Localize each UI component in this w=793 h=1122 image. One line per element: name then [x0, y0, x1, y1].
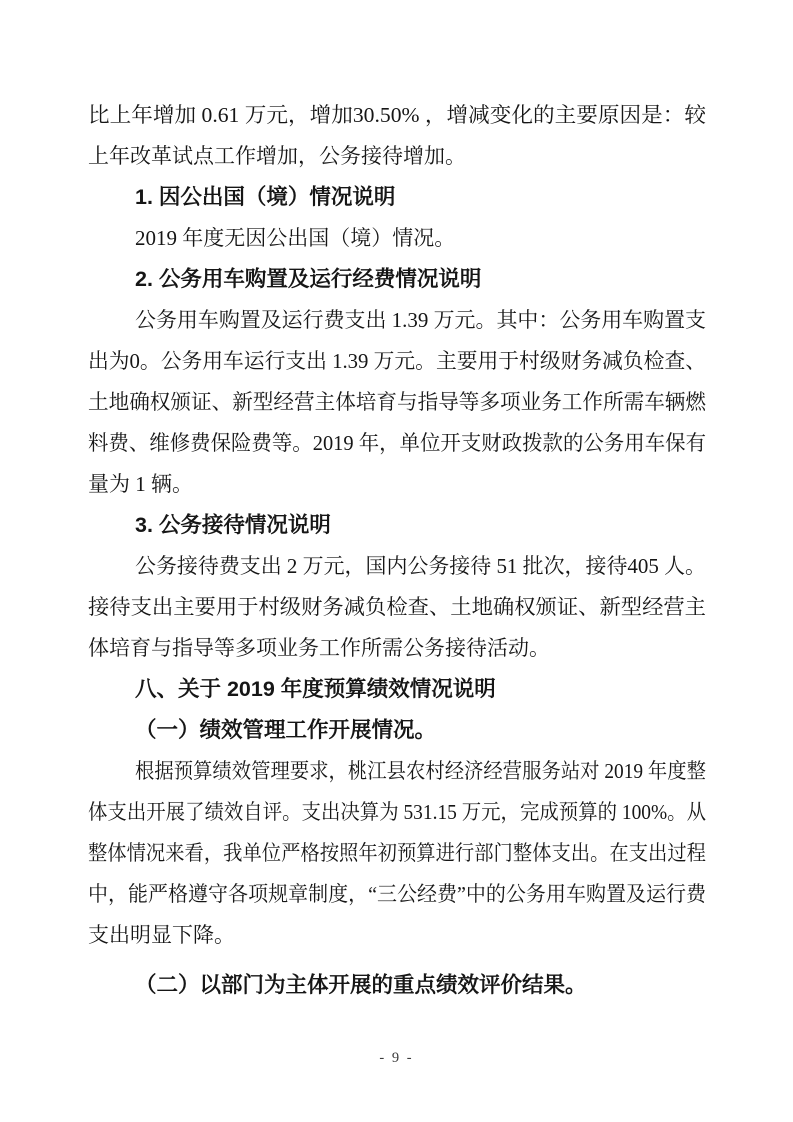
section-heading: （二）以部门为主体开展的重点绩效评价结果。: [88, 965, 706, 1006]
document-page: 比上年增加 0.61 万元，增加30.50% ，增减变化的主要原因是：较上年改革…: [0, 0, 793, 1122]
page-footer: - 9 -: [0, 1048, 793, 1068]
section-heading: （一）绩效管理工作开展情况。: [88, 710, 706, 751]
text-line-content: 1. 因公出国（境）情况说明: [135, 177, 395, 218]
text-line: 料费、维修费保险费等。2019 年，单位开支财政拨款的公务用车保有: [88, 423, 706, 464]
text-line: 根据预算绩效管理要求，桃江县农村经济经营服务站对 2019 年度整: [88, 751, 706, 792]
text-line-content: 3. 公务接待情况说明: [135, 505, 331, 546]
page-number: - 9 -: [379, 1050, 413, 1066]
text-line: （二）以部门为主体开展的重点绩效评价结果。: [88, 965, 706, 1006]
text-line-content: 体支出开展了绩效自评。支出决算为 531.15 万元，完成预算的 100%。从: [88, 792, 706, 833]
text-line: 公务用车购置及运行费支出 1.39 万元。其中：公务用车购置支: [88, 300, 706, 341]
text-line-content: 公务接待费支出 2 万元，国内公务接待 51 批次，接待405 人。: [135, 546, 706, 587]
text-line-content: 量为 1 辆。: [88, 464, 193, 505]
body-paragraph: 比上年增加 0.61 万元，增加30.50% ，增减变化的主要原因是：较上年改革…: [88, 95, 706, 177]
body-paragraph: 根据预算绩效管理要求，桃江县农村经济经营服务站对 2019 年度整体支出开展了绩…: [88, 751, 706, 956]
text-line-content: 八、关于 2019 年度预算绩效情况说明: [135, 669, 496, 710]
text-line-content: 出为0。公务用车运行支出 1.39 万元。主要用于村级财务减负检查、: [88, 341, 706, 382]
text-line: （一）绩效管理工作开展情况。: [88, 710, 706, 751]
section-heading: 2. 公务用车购置及运行经费情况说明: [88, 259, 706, 300]
text-line: 体支出开展了绩效自评。支出决算为 531.15 万元，完成预算的 100%。从: [88, 792, 706, 833]
section-heading: 3. 公务接待情况说明: [88, 505, 706, 546]
text-line: 八、关于 2019 年度预算绩效情况说明: [88, 669, 706, 710]
text-line-content: 2019 年度无因公出国（境）情况。: [135, 218, 455, 259]
document-body: 比上年增加 0.61 万元，增加30.50% ，增减变化的主要原因是：较上年改革…: [88, 95, 706, 1006]
text-line: 量为 1 辆。: [88, 464, 706, 505]
text-line: 中，能严格遵守各项规章制度，“三公经费”中的公务用车购置及运行费: [88, 874, 706, 915]
text-line: 接待支出主要用于村级财务减负检查、土地确权颁证、新型经营主: [88, 587, 706, 628]
text-line: 2. 公务用车购置及运行经费情况说明: [88, 259, 706, 300]
text-line-content: 料费、维修费保险费等。2019 年，单位开支财政拨款的公务用车保有: [88, 423, 706, 464]
body-paragraph: 公务用车购置及运行费支出 1.39 万元。其中：公务用车购置支出为0。公务用车运…: [88, 300, 706, 505]
text-line-content: 比上年增加 0.61 万元，增加30.50% ，增减变化的主要原因是：较: [88, 95, 706, 136]
text-line-content: 整体情况来看，我单位严格按照年初预算进行部门整体支出。在支出过程: [88, 833, 706, 874]
text-line-content: 中，能严格遵守各项规章制度，“三公经费”中的公务用车购置及运行费: [88, 874, 706, 915]
body-paragraph: 公务接待费支出 2 万元，国内公务接待 51 批次，接待405 人。接待支出主要…: [88, 546, 706, 669]
text-line-content: （二）以部门为主体开展的重点绩效评价结果。: [135, 965, 587, 1006]
text-line: 土地确权颁证、新型经营主体培育与指导等多项业务工作所需车辆燃: [88, 382, 706, 423]
text-line: 上年改革试点工作增加，公务接待增加。: [88, 136, 706, 177]
text-line-content: （一）绩效管理工作开展情况。: [135, 710, 436, 751]
text-line-content: 2. 公务用车购置及运行经费情况说明: [135, 259, 481, 300]
text-line: 2019 年度无因公出国（境）情况。: [88, 218, 706, 259]
text-line: 体培育与指导等多项业务工作所需公务接待活动。: [88, 628, 706, 669]
text-line: 支出明显下降。: [88, 915, 706, 956]
text-line-content: 接待支出主要用于村级财务减负检查、土地确权颁证、新型经营主: [88, 587, 706, 628]
text-line: 公务接待费支出 2 万元，国内公务接待 51 批次，接待405 人。: [88, 546, 706, 587]
text-line: 比上年增加 0.61 万元，增加30.50% ，增减变化的主要原因是：较: [88, 95, 706, 136]
text-line-content: 根据预算绩效管理要求，桃江县农村经济经营服务站对 2019 年度整: [135, 751, 706, 792]
text-line: 出为0。公务用车运行支出 1.39 万元。主要用于村级财务减负检查、: [88, 341, 706, 382]
text-line: 3. 公务接待情况说明: [88, 505, 706, 546]
text-line: 整体情况来看，我单位严格按照年初预算进行部门整体支出。在支出过程: [88, 833, 706, 874]
section-heading: 八、关于 2019 年度预算绩效情况说明: [88, 669, 706, 710]
text-line: 1. 因公出国（境）情况说明: [88, 177, 706, 218]
text-line-content: 上年改革试点工作增加，公务接待增加。: [88, 136, 466, 177]
text-line-content: 体培育与指导等多项业务工作所需公务接待活动。: [88, 628, 550, 669]
body-paragraph: 2019 年度无因公出国（境）情况。: [88, 218, 706, 259]
text-line-content: 支出明显下降。: [88, 915, 235, 956]
section-heading: 1. 因公出国（境）情况说明: [88, 177, 706, 218]
text-line-content: 公务用车购置及运行费支出 1.39 万元。其中：公务用车购置支: [135, 300, 706, 341]
text-line-content: 土地确权颁证、新型经营主体培育与指导等多项业务工作所需车辆燃: [88, 382, 706, 423]
